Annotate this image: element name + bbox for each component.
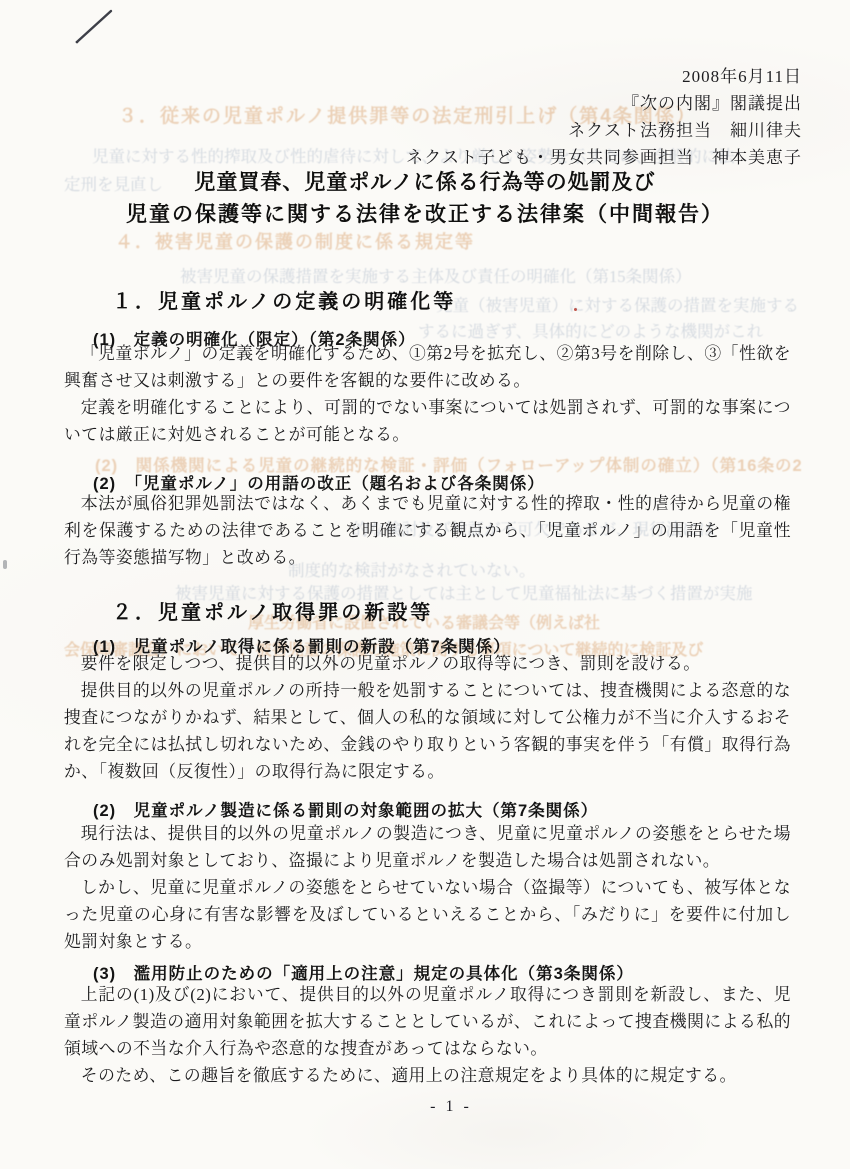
paragraph: 提供目的以外の児童ポルノの所持一般を処罰することについては、捜査機関による恣意的… <box>64 677 791 785</box>
ghost-line: 被害児童の保護措置を実施する主体及び責任の明確化（第15条関係） <box>180 263 692 287</box>
paragraph: 現行法は、提供目的以外の児童ポルノの製造につき、児童に児童ポルノの姿態をとらせた… <box>64 820 791 874</box>
cabinet-submit-line: 『次の内閣』閣議提出 <box>406 90 802 117</box>
page-number: - 1 - <box>0 1098 850 1116</box>
paragraph: 要件を限定しつつ、提供目的以外の児童ポルノの取得等につき、罰則を設ける。 <box>64 650 791 677</box>
subsection-1-1-body: 「児童ポルノ」の定義を明確化するため、①第2号を拡充し、②第3号を削除し、③「性… <box>64 340 791 448</box>
section-1-heading: １．児童ポルノの定義の明確化等 <box>112 285 456 314</box>
paragraph: しかし、児童に児童ポルノの姿態をとらせていない場合（盗撮等）についても、被写体と… <box>64 874 791 955</box>
subsection-2-2-heading: (2) 児童ポルノ製造に係る罰則の対象範囲の拡大（第7条関係） <box>93 797 598 821</box>
document-header: 2008年6月11日 『次の内閣』閣議提出 ネクスト法務担当 細川律夫 ネクスト… <box>406 63 802 171</box>
ghost-line: 児童（被害児童）に対する保護の措置を実施する <box>436 292 799 316</box>
title-line-2: 児童の保護等に関する法律を改正する法律案（中間報告） <box>0 199 850 231</box>
document-title: 児童買春、児童ポルノに係る行為等の処罰及び 児童の保護等に関する法律を改正する法… <box>0 167 850 231</box>
paragraph: 「児童ポルノ」の定義を明確化するため、①第2号を拡充し、②第3号を削除し、③「性… <box>64 340 791 394</box>
subsection-2-1-body: 要件を限定しつつ、提供目的以外の児童ポルノの取得等につき、罰則を設ける。 提供目… <box>64 650 791 785</box>
ghost-line: するに過ぎず、具体的にどのような機関がこれ <box>418 318 763 342</box>
edge-speck-artifact <box>3 560 7 569</box>
paragraph: そのため、この趣旨を徹底するために、適用上の注意規定をより具体的に規定する。 <box>64 1062 791 1089</box>
date-line: 2008年6月11日 <box>406 63 802 90</box>
subsection-2-2-body: 現行法は、提供目的以外の児童ポルノの製造につき、児童に児童ポルノの姿態をとらせた… <box>64 820 791 955</box>
ghost-line: ４．被害児童の保護の制度に係る規定等 <box>115 228 475 254</box>
paragraph: 本法が風俗犯罪処罰法ではなく、あくまでも児童に対する性的搾取・性的虐待から児童の… <box>64 490 791 571</box>
pen-mark-stroke <box>0 0 160 60</box>
red-speck-artifact <box>574 308 577 311</box>
subsection-2-3-body: 上記の(1)及び(2)において、提供目的以外の児童ポルノ取得につき罰則を新設し、… <box>64 981 791 1089</box>
paragraph: 定義を明確化することにより、可罰的でない事案については処罰されず、可罰的な事案に… <box>64 394 791 448</box>
paragraph: 上記の(1)及び(2)において、提供目的以外の児童ポルノ取得につき罰則を新設し、… <box>64 981 791 1062</box>
title-line-1: 児童買春、児童ポルノに係る行為等の処罰及び <box>0 167 850 199</box>
subsection-1-2-body: 本法が風俗犯罪処罰法ではなく、あくまでも児童に対する性的搾取・性的虐待から児童の… <box>64 490 791 571</box>
section-2-heading: ２．児童ポルノ取得罪の新設等 <box>112 596 433 625</box>
scanned-document-page: ３．従来の児童ポルノ提供罪等の法定刑引上げ（第4条関係） 児童に対する性的搾取及… <box>0 0 850 1169</box>
contact-legal-line: ネクスト法務担当 細川律夫 <box>406 117 802 144</box>
